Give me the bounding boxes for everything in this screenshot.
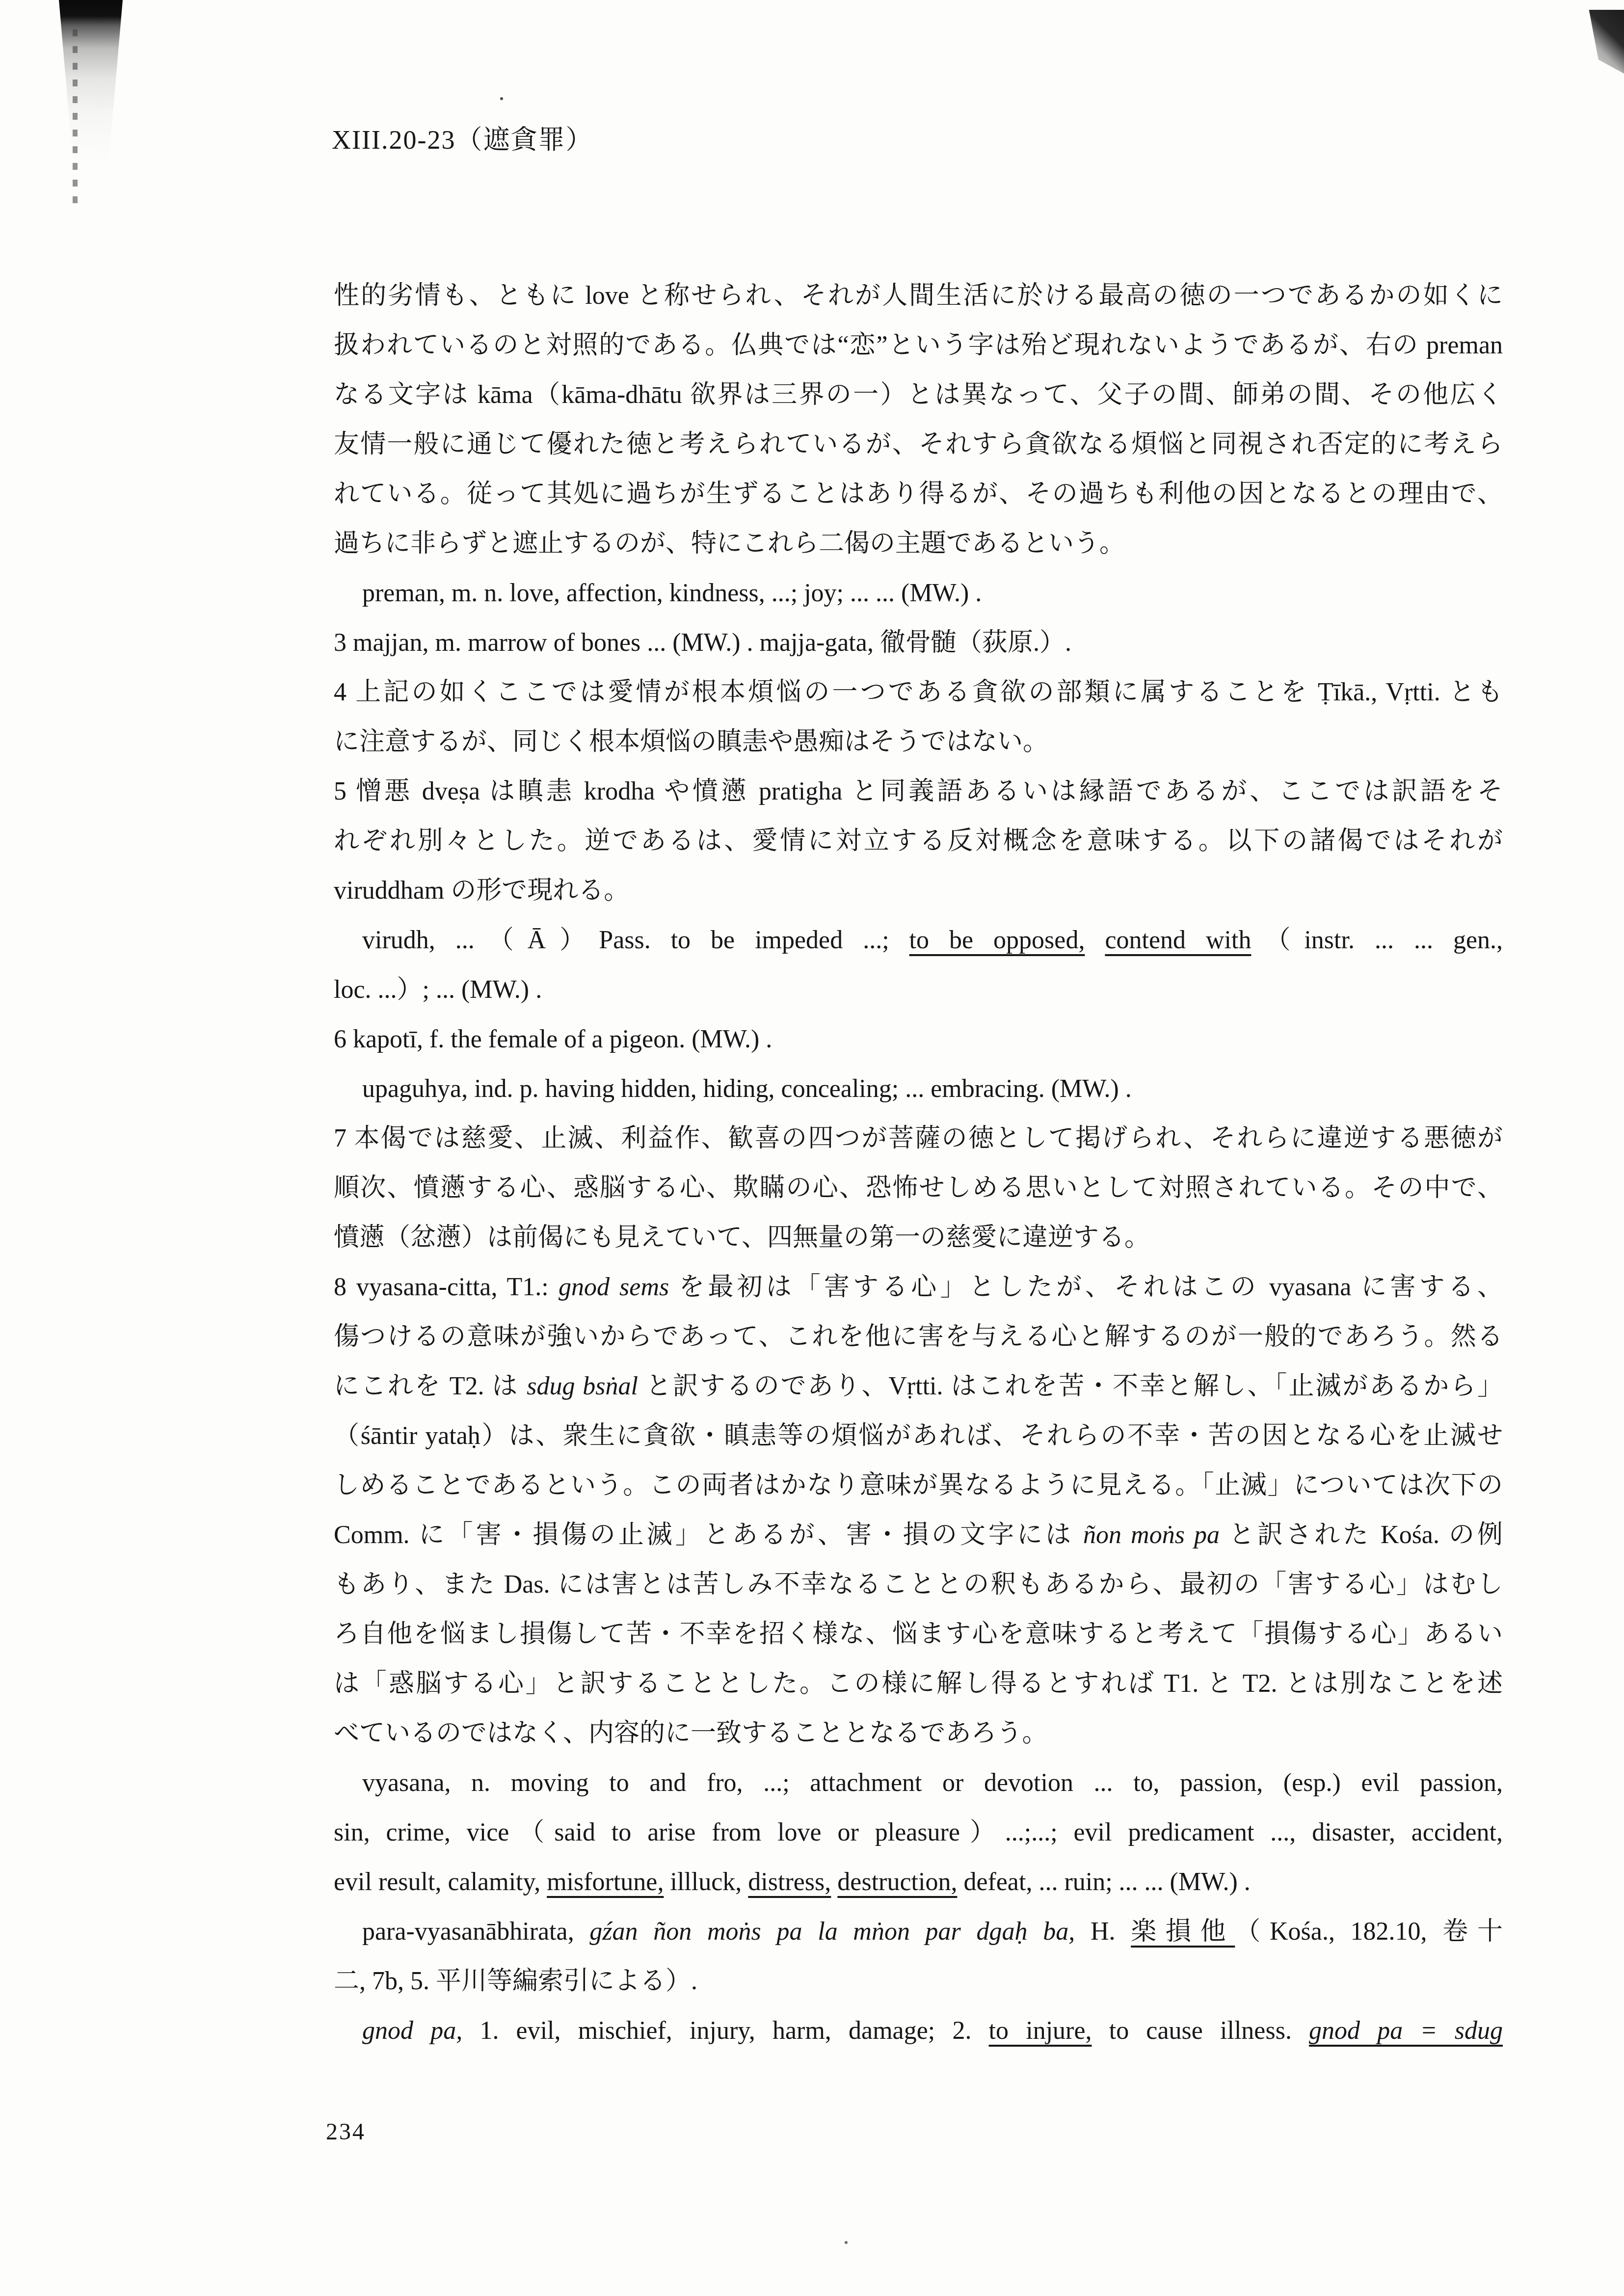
page-number: 234 [326, 2118, 366, 2145]
text-line: vyasana, n. moving to and fro, ...; atta… [334, 1758, 1503, 1808]
text-line: sin, crime, vice（said to arise from love… [334, 1808, 1503, 1857]
text-line: なる文字は kāma（kāma-dhātu 欲界は三界の一）とは異なって、父子の… [334, 370, 1503, 420]
text-line: 順次、憤懣する心、惑脳する心、欺瞞の心、恐怖せしめる思いとして対照されている。そ… [334, 1163, 1503, 1213]
scan-artifact-left-edge-marks [73, 29, 78, 206]
text-line: 4 上記の如くここでは愛情が根本煩悩の一つである貪欲の部類に属することを Ṭīk… [334, 667, 1503, 717]
text-line: に注意するが、同じく根本煩悩の瞋恚や愚痴はそうではない。 [334, 717, 1503, 767]
text-line: しめることであるという。この両者はかなり意味が異なるように見える。「止滅」につい… [334, 1461, 1503, 1510]
scan-artifact-speck [845, 2241, 848, 2244]
text-line: viruddham の形で現れる。 [334, 866, 1503, 915]
scan-artifact-top-right-smudge [1581, 10, 1624, 74]
body-text: 性的劣情も、ともに love と称せられ、それが人間生活に於ける最高の徳の一つで… [334, 271, 1503, 2056]
text-line: 傷つけるの意味が強いからであって、これを他に害を与える心と解するのが一般的であろ… [334, 1312, 1503, 1362]
text-line: loc. ...）; ... (MW.) . [334, 965, 1503, 1015]
text-line: 5 憎悪 dveṣa は瞋恚 krodha や憤懣 pratigha と同義語あ… [334, 767, 1503, 816]
text-line: 過ちに非らずと遮止するのが、特にこれら二偈の主題であるという。 [334, 519, 1503, 568]
text-line: 6 kapotī, f. the female of a pigeon. (MW… [334, 1015, 1503, 1064]
text-line: れている。従って其処に過ちが生ずることはあり得るが、その過ちも利他の因となるとの… [334, 469, 1503, 519]
text-line: ろ自他を悩まし損傷して苦・不幸を招く様な、悩ます心を意味すると考えて「損傷する心… [334, 1609, 1503, 1659]
text-line: 扱われているのと対照的である。仏典では“恋”という字は殆ど現れないようであるが、… [334, 320, 1503, 370]
document-page: XIII.20-23（遮貪罪） 性的劣情も、ともに love と称せられ、それが… [0, 0, 1624, 2296]
text-line: para-vyasanābhirata, gźan ñon moṅs pa la… [334, 1907, 1503, 1956]
text-line: にこれを T2. は sdug bsṅal と訳するのであり、Vṛtti. はこ… [334, 1362, 1503, 1411]
text-line: evil result, calamity, misfortune, illlu… [334, 1857, 1503, 1907]
text-line: virudh, ...（Ā）Pass. to be impeded ...; t… [334, 915, 1503, 965]
text-line: （śāntir yataḥ）は、衆生に貪欲・瞋恚等の煩悩があれば、それらの不幸・… [334, 1411, 1503, 1461]
text-line: Comm. に「害・損傷の止滅」とあるが、害・損の文字には ñon moṅs p… [334, 1510, 1503, 1560]
scan-artifact-top-left-smudge [59, 0, 123, 162]
text-line: preman, m. n. love, affection, kindness,… [334, 568, 1503, 618]
text-line: 性的劣情も、ともに love と称せられ、それが人間生活に於ける最高の徳の一つで… [334, 271, 1503, 320]
text-line: gnod pa, 1. evil, mischief, injury, harm… [334, 2006, 1503, 2056]
scan-artifact-speck [500, 97, 503, 100]
text-line: れぞれ別々とした。逆であるは、愛情に対立する反対概念を意味する。以下の諸偈ではそ… [334, 816, 1503, 866]
text-line: 二, 7b, 5. 平川等編索引による）. [334, 1956, 1503, 2006]
text-line: 憤懣（忿懣）は前偈にも見えていて、四無量の第一の慈愛に違逆する。 [334, 1213, 1503, 1262]
text-line: 7 本偈では慈愛、止滅、利益作、歓喜の四つが菩薩の徳として掲げられ、それらに違逆… [334, 1114, 1503, 1163]
text-line: もあり、また Das. には害とは苦しみ不幸なることとの釈もあるから、最初の「害… [334, 1560, 1503, 1609]
text-line: 3 majjan, m. marrow of bones ... (MW.) .… [334, 618, 1503, 667]
page-header: XIII.20-23（遮貪罪） [332, 119, 593, 157]
text-line: べているのではなく、内容的に一致することとなるであろう。 [334, 1709, 1503, 1758]
text-line: upaguhya, ind. p. having hidden, hiding,… [334, 1064, 1503, 1114]
text-line: 友情一般に通じて優れた徳と考えられているが、それすら貪欲なる煩悩と同視され否定的… [334, 420, 1503, 469]
text-line: 8 vyasana-citta, T1.: gnod sems を最初は「害する… [334, 1262, 1503, 1312]
text-line: は「惑脳する心」と訳することとした。この様に解し得るとすれば T1. と T2.… [334, 1659, 1503, 1709]
